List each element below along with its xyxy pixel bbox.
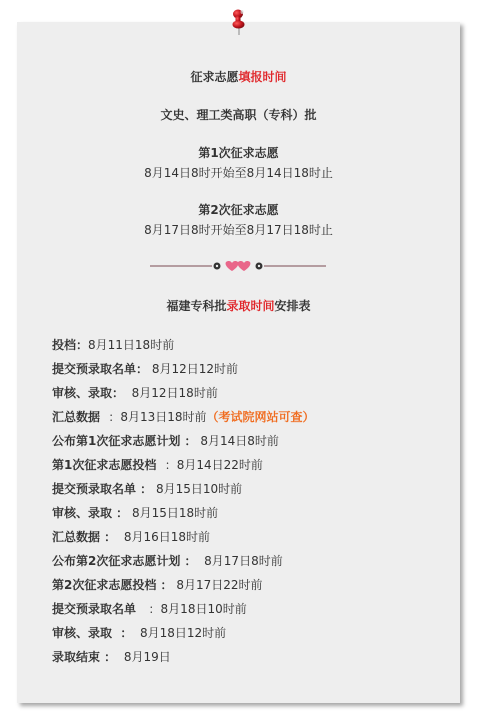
schedule-label: 审核、录取 ： (52, 506, 128, 520)
schedule-row: 投档：8月11日18时前 (52, 337, 452, 361)
schedule-value: 8月18日12时前 (132, 626, 226, 640)
batch-title: 文史、理工类高职（专科）批 (17, 107, 460, 123)
schedule-row: 公布第1次征求志愿计划 ： 8月14日8时前 (52, 433, 452, 457)
schedule-value: 8月11日18时前 (88, 338, 174, 352)
schedule-note: （考试院网站可查） (207, 410, 315, 424)
notice-card: 征求志愿填报时间 文史、理工类高职（专科）批 第1次征求志愿 8月14日8时开始… (17, 22, 460, 703)
schedule-label: 审核、录取： (52, 386, 124, 400)
schedule-label: 提交预录取名单 ： (52, 482, 152, 496)
schedule-label: 投档： (52, 338, 88, 352)
pushpin-icon (229, 8, 249, 36)
schedule-label: 录取结束 ： (52, 650, 116, 664)
schedule-title-suffix: 安排表 (275, 299, 311, 313)
schedule-label: 汇总数据 ： (52, 530, 116, 544)
schedule-value: 8月19日 (116, 650, 171, 664)
hearts-divider-icon (150, 259, 326, 273)
schedule-label: 汇总数据 (52, 410, 108, 424)
round-1-title: 第1次征求志愿 (17, 145, 460, 161)
schedule-row: 审核、录取 ： 8月18日12时前 (52, 625, 452, 649)
schedule-title-highlight: 录取时间 (226, 299, 274, 313)
schedule-value: 8月17日8时前 (197, 554, 283, 568)
schedule-title-prefix: 福建专科批 (166, 299, 226, 313)
schedule-row: 提交预录取名单： 8月12日12时前 (52, 361, 452, 385)
schedule-row: 提交预录取名单 ： 8月15日10时前 (52, 481, 452, 505)
schedule-row: 汇总数据 ： 8月16日18时前 (52, 529, 452, 553)
schedule-value: 8月15日18时前 (128, 506, 218, 520)
round-2-title: 第2次征求志愿 (17, 202, 460, 218)
schedule-row: 第2次征求志愿投档 ： 8月17日22时前 (52, 577, 452, 601)
fill-time-title: 征求志愿填报时间 (17, 69, 460, 85)
schedule-label: 第2次征求志愿投档 ： (52, 578, 173, 592)
schedule-row: 公布第2次征求志愿计划 ： 8月17日8时前 (52, 553, 452, 577)
fill-time-title-prefix: 征求志愿 (190, 70, 238, 84)
schedule-label: 审核、录取 ： (52, 626, 132, 640)
schedule-value: ：8月13日18时前 (108, 410, 206, 424)
schedule-value: ：8月14日22时前 (165, 458, 263, 472)
schedule-label: 提交预录取名单 (52, 602, 149, 616)
schedule-value: 8月17日22时前 (173, 578, 263, 592)
schedule-row: 第1次征求志愿投档 ：8月14日22时前 (52, 457, 452, 481)
schedule-row: 审核、录取： 8月12日18时前 (52, 385, 452, 409)
schedule-label: 公布第2次征求志愿计划 ： (52, 554, 197, 568)
round-1-period: 8月14日8时开始至8月14日18时止 (17, 165, 460, 181)
schedule-value: 8月12日12时前 (148, 362, 238, 376)
schedule-row: 录取结束 ： 8月19日 (52, 649, 452, 673)
schedule-value: 8月14日8时前 (197, 434, 279, 448)
fill-time-title-highlight: 填报时间 (239, 70, 287, 84)
schedule-title: 福建专科批录取时间安排表 (17, 298, 460, 314)
schedule-value: 8月15日10时前 (152, 482, 242, 496)
schedule-row: 审核、录取 ： 8月15日18时前 (52, 505, 452, 529)
schedule-value: 8月12日18时前 (124, 386, 218, 400)
round-2-period: 8月17日8时开始至8月17日18时止 (17, 222, 460, 238)
schedule-list: 投档：8月11日18时前 提交预录取名单： 8月12日12时前 审核、录取： 8… (52, 337, 452, 673)
schedule-value: 8月16日18时前 (116, 530, 210, 544)
schedule-label: 提交预录取名单： (52, 362, 148, 376)
schedule-value: ：8月18日10时前 (149, 602, 247, 616)
schedule-label: 公布第1次征求志愿计划 ： (52, 434, 197, 448)
schedule-label: 第1次征求志愿投档 (52, 458, 165, 472)
schedule-row: 提交预录取名单 ：8月18日10时前 (52, 601, 452, 625)
schedule-row: 汇总数据 ：8月13日18时前（考试院网站可查） (52, 409, 452, 433)
